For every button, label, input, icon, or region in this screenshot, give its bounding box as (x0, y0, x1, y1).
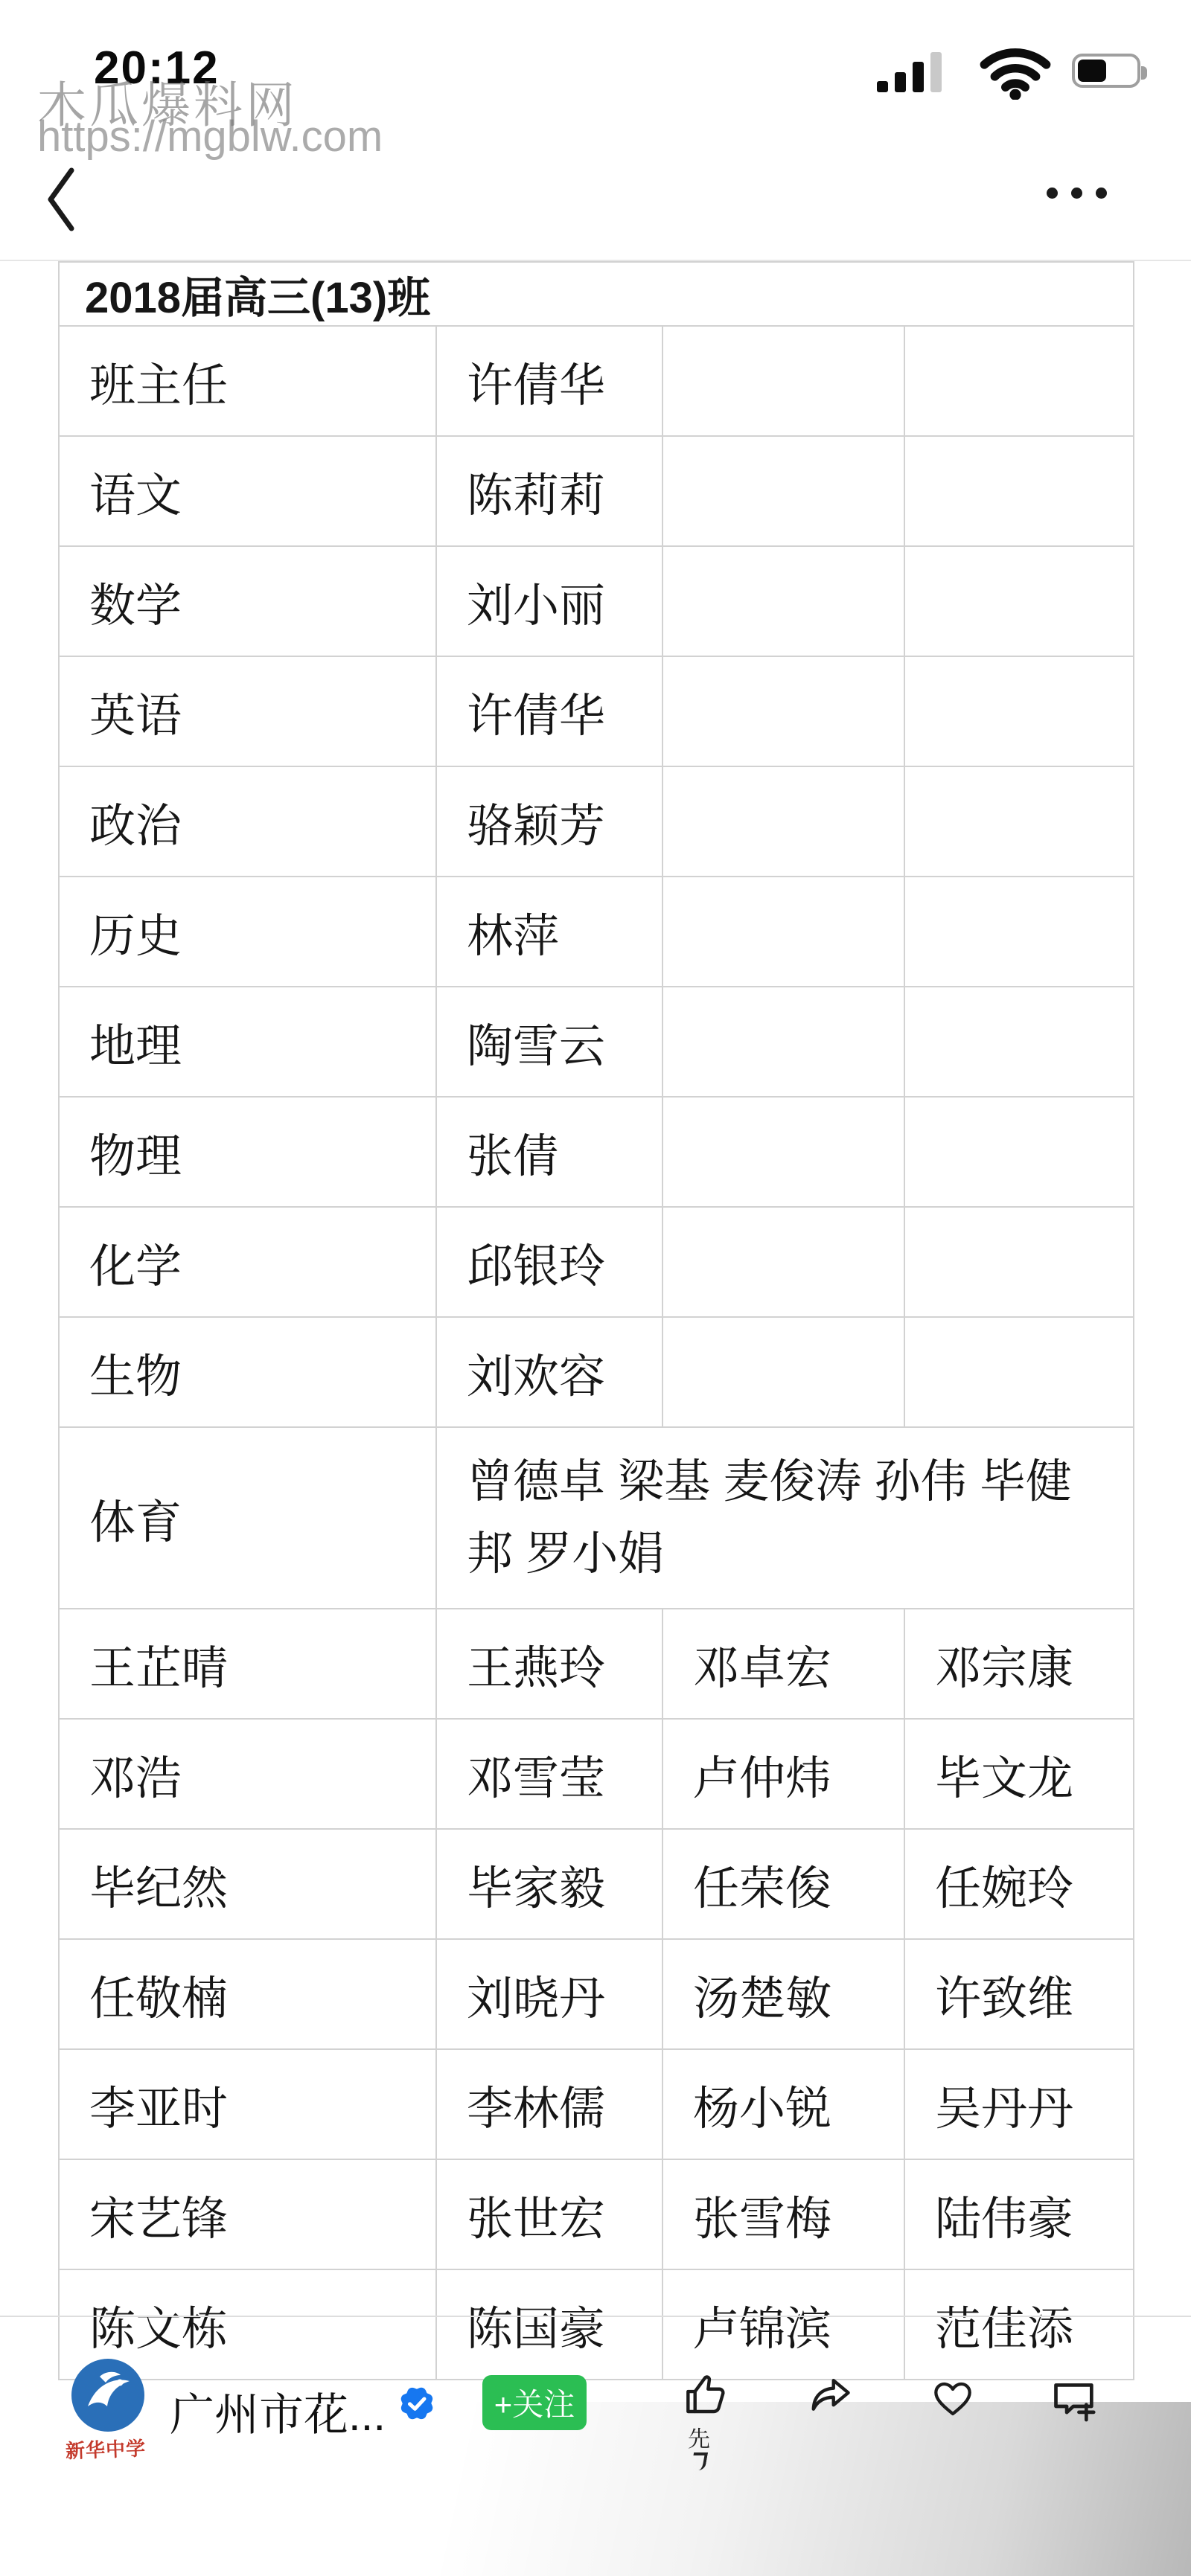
table-row: 化学 邱银玲 (59, 1207, 1134, 1317)
empty-cell (904, 436, 1134, 546)
avatar-seal-text: 新华中学 (65, 2433, 155, 2464)
empty-cell (662, 1097, 904, 1207)
table-row: 数学 刘小丽 (59, 546, 1134, 656)
student-cell: 任荣俊 (662, 1829, 904, 1939)
class-roster-table: 2018届高三(13)班 班主任 许倩华 语文 陈莉莉 数学 刘小丽 英语 许倩… (58, 261, 1134, 2380)
student-cell: 李亚时 (59, 2049, 436, 2159)
student-cell: 许致维 (904, 1939, 1134, 2049)
empty-cell (662, 987, 904, 1097)
empty-cell (904, 326, 1134, 436)
student-cell: 毕纪然 (59, 1829, 436, 1939)
table-row: 政治 骆颖芳 (59, 766, 1134, 877)
empty-cell (662, 656, 904, 766)
watermark-site-url: https://mgblw.com (37, 112, 383, 161)
student-cell: 张世宏 (436, 2159, 662, 2269)
student-cell: 汤楚敏 (662, 1939, 904, 2049)
student-cell: 刘晓丹 (436, 1939, 662, 2049)
subject-cell: 体育 (59, 1427, 436, 1609)
teacher-cell: 刘小丽 (436, 546, 662, 656)
table-row: 语文 陈莉莉 (59, 436, 1134, 546)
empty-cell (662, 766, 904, 877)
subject-cell: 历史 (59, 877, 436, 987)
student-cell: 陆伟豪 (904, 2159, 1134, 2269)
wifi-icon (980, 46, 1051, 100)
verified-badge-icon (397, 2384, 436, 2423)
student-cell: 邓宗康 (904, 1609, 1134, 1719)
ellipsis-icon (1047, 188, 1107, 199)
student-cell: 任敬楠 (59, 1939, 436, 2049)
student-cell: 杨小锐 (662, 2049, 904, 2159)
teacher-cell: 张倩 (436, 1097, 662, 1207)
teacher-cell: 刘欢容 (436, 1317, 662, 1427)
student-cell: 王芷晴 (59, 1609, 436, 1719)
table-row: 历史 林萍 (59, 877, 1134, 987)
empty-cell (662, 436, 904, 546)
student-cell: 卢仲炜 (662, 1719, 904, 1829)
subject-cell: 政治 (59, 766, 436, 877)
signal-strength-icon (877, 49, 963, 92)
student-cell: 王燕玲 (436, 1609, 662, 1719)
account-avatar[interactable] (70, 2357, 146, 2433)
teacher-cell: 邱银玲 (436, 1207, 662, 1317)
empty-cell (904, 766, 1134, 877)
follow-button[interactable]: +关注 (482, 2375, 587, 2430)
subject-cell: 英语 (59, 656, 436, 766)
empty-cell (662, 877, 904, 987)
like-hint-stroke (691, 2452, 708, 2470)
table-row: 班主任 许倩华 (59, 326, 1134, 436)
teacher-cell: 陶雪云 (436, 987, 662, 1097)
student-cell: 李林儒 (436, 2049, 662, 2159)
empty-cell (904, 1317, 1134, 1427)
table-row-pe: 体育 曾德卓 梁基 麦俊涛 孙伟 毕健邦 罗小娟 (59, 1427, 1134, 1609)
teacher-cell: 许倩华 (436, 656, 662, 766)
student-cell: 卢锦滨 (662, 2269, 904, 2380)
comment-button[interactable] (1048, 2375, 1100, 2427)
account-name[interactable]: 广州市花... (170, 2380, 386, 2444)
student-cell: 陈国豪 (436, 2269, 662, 2380)
battery-icon (1072, 54, 1140, 88)
subject-cell: 数学 (59, 546, 436, 656)
student-cell: 邓雪莹 (436, 1719, 662, 1829)
share-button[interactable] (807, 2371, 856, 2420)
subject-cell: 地理 (59, 987, 436, 1097)
student-cell: 任婉玲 (904, 1829, 1134, 1939)
empty-cell (662, 1317, 904, 1427)
phone-screenshot: 20:12 木瓜爆料网 https://mgblw.com 2018届高三(13… (0, 0, 1191, 2576)
student-row: 毕纪然 毕家毅 任荣俊 任婉玲 (59, 1829, 1134, 1939)
subject-cell: 化学 (59, 1207, 436, 1317)
chevron-left-icon (42, 165, 82, 234)
subject-cell: 物理 (59, 1097, 436, 1207)
like-button[interactable] (681, 2371, 730, 2420)
teacher-cell: 骆颖芳 (436, 766, 662, 877)
student-cell: 邓浩 (59, 1719, 436, 1829)
teacher-cell: 许倩华 (436, 326, 662, 436)
table-row: 英语 许倩华 (59, 656, 1134, 766)
student-cell: 吴丹丹 (904, 2049, 1134, 2159)
student-row: 宋艺锋 张世宏 张雪梅 陆伟豪 (59, 2159, 1134, 2269)
heart-icon (929, 2375, 977, 2423)
teacher-cell: 陈莉莉 (436, 436, 662, 546)
table-row: 物理 张倩 (59, 1097, 1134, 1207)
table-row: 地理 陶雪云 (59, 987, 1134, 1097)
empty-cell (904, 546, 1134, 656)
first-like-hint: 先 (688, 2429, 710, 2470)
student-row-clipped: 陈文栋 陈国豪 卢锦滨 范佳添 (59, 2269, 1134, 2380)
student-cell: 毕文龙 (904, 1719, 1134, 1829)
favorite-button[interactable] (929, 2375, 977, 2423)
student-cell: 张雪梅 (662, 2159, 904, 2269)
empty-cell (904, 656, 1134, 766)
table-title: 2018届高三(13)班 (59, 262, 1134, 326)
content-footer-divider (0, 2316, 1191, 2317)
more-menu-button[interactable] (1047, 188, 1107, 199)
empty-cell (662, 546, 904, 656)
empty-cell (904, 877, 1134, 987)
empty-cell (662, 1207, 904, 1317)
subject-cell: 语文 (59, 436, 436, 546)
comment-plus-icon (1048, 2375, 1100, 2427)
subject-cell: 班主任 (59, 326, 436, 436)
student-row: 王芷晴 王燕玲 邓卓宏 邓宗康 (59, 1609, 1134, 1719)
subject-cell: 生物 (59, 1317, 436, 1427)
student-cell: 邓卓宏 (662, 1609, 904, 1719)
empty-cell (904, 1097, 1134, 1207)
empty-cell (662, 326, 904, 436)
student-cell: 毕家毅 (436, 1829, 662, 1939)
student-row: 任敬楠 刘晓丹 汤楚敏 许致维 (59, 1939, 1134, 2049)
student-row: 邓浩 邓雪莹 卢仲炜 毕文龙 (59, 1719, 1134, 1829)
back-button[interactable] (42, 165, 82, 234)
teacher-cell: 林萍 (436, 877, 662, 987)
thumbs-up-icon (681, 2371, 730, 2420)
student-cell: 范佳添 (904, 2269, 1134, 2380)
student-cell: 宋艺锋 (59, 2159, 436, 2269)
table-row: 生物 刘欢容 (59, 1317, 1134, 1427)
empty-cell (904, 1207, 1134, 1317)
empty-cell (904, 987, 1134, 1097)
share-forward-icon (807, 2371, 856, 2420)
pe-teachers-cell: 曾德卓 梁基 麦俊涛 孙伟 毕健邦 罗小娟 (436, 1427, 1134, 1609)
student-row: 李亚时 李林儒 杨小锐 吴丹丹 (59, 2049, 1134, 2159)
